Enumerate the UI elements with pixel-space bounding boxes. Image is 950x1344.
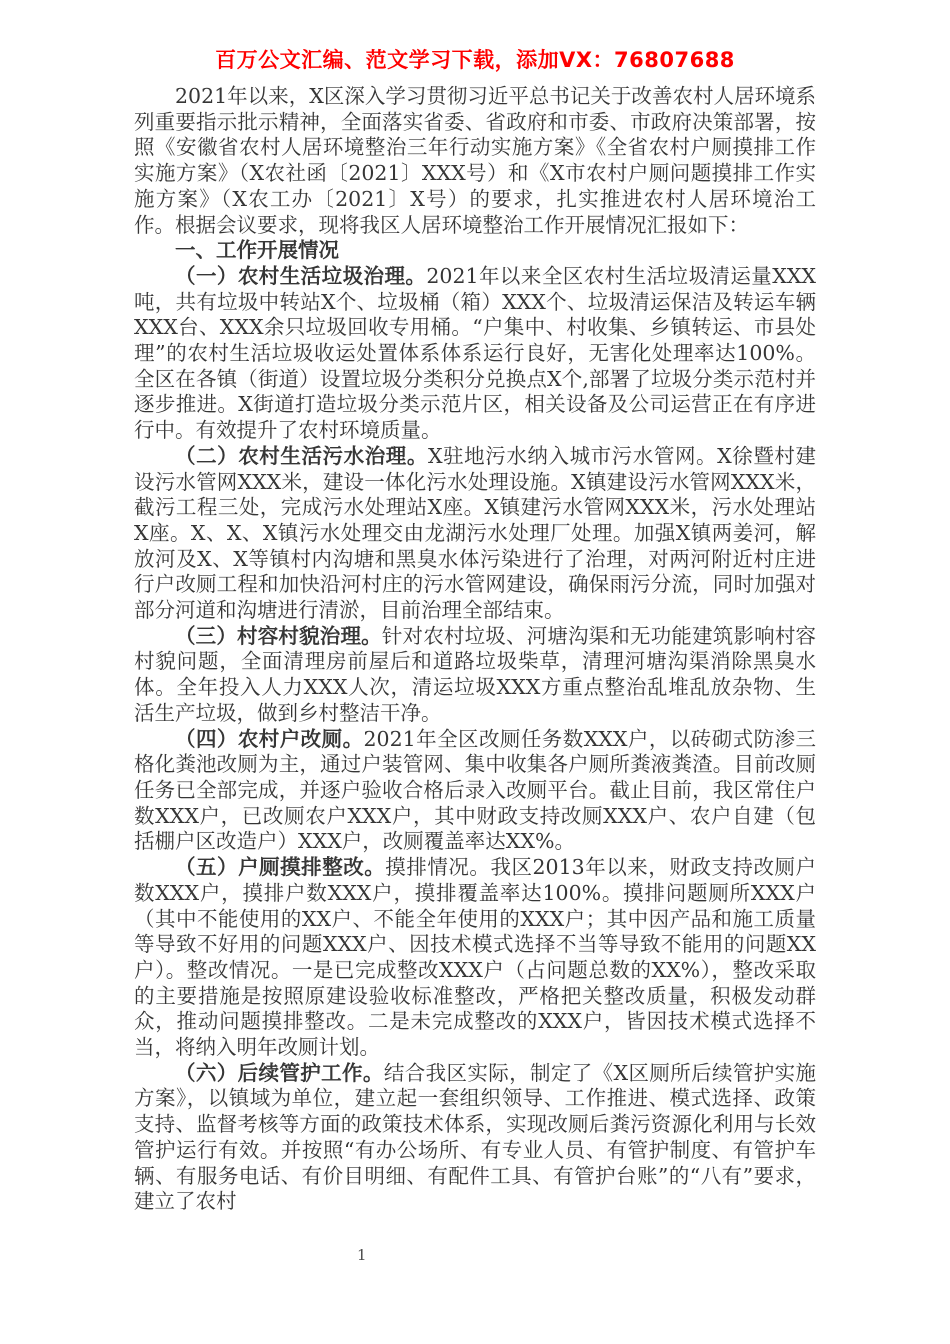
paragraph-item-6: （六）后续管护工作。结合我区实际，制定了《X区厕所后续管护实施方案》，以镇域为单… xyxy=(134,1061,816,1215)
paragraph-item-3: （三）村容村貌治理。针对农村垃圾、河塘沟渠和无功能建筑影响村容村貌问题，全面清理… xyxy=(134,624,816,727)
paragraph-2-text: X驻地污水纳入城市污水管网。X徐暨村建设污水管网XXX米，建设一体化污水处理设施… xyxy=(134,444,816,622)
paragraph-3-lead: （三）村容村貌治理。 xyxy=(175,624,382,648)
document-body: 2021年以来，X区深入学习贯彻习近平总书记关于改善农村人居环境系列重要指示批示… xyxy=(134,84,816,1215)
document-page: 百万公文汇编、范文学习下载，添加VX：76807688 2021年以来，X区深入… xyxy=(0,0,950,1344)
paragraph-item-1: （一）农村生活垃圾治理。2021年以来全区农村生活垃圾清运量XXX吨，共有垃圾中… xyxy=(134,264,816,444)
paragraph-item-2: （二）农村生活污水治理。X驻地污水纳入城市污水管网。X徐暨村建设污水管网XXX米… xyxy=(134,444,816,624)
paragraph-2-lead: （二）农村生活污水治理。 xyxy=(175,444,428,468)
paragraph-5-lead: （五）户厕摸排整改。 xyxy=(175,855,385,879)
section-heading: 一、工作开展情况 xyxy=(134,238,816,264)
paragraph-item-5: （五）户厕摸排整改。摸排情况。我区2013年以来，财政支持改厕户数XXX户，摸排… xyxy=(134,855,816,1061)
paragraph-5-text: 摸排情况。我区2013年以来，财政支持改厕户数XXX户，摸排户数XXX户，摸排覆… xyxy=(134,855,816,1059)
paragraph-4-lead: （四）农村户改厕。 xyxy=(175,727,364,751)
paragraph-1-text: 2021年以来全区农村生活垃圾清运量XXX吨，共有垃圾中转站X个、垃圾桶（箱）X… xyxy=(134,264,816,442)
paragraph-6-lead: （六）后续管护工作。 xyxy=(175,1061,384,1085)
intro-paragraph: 2021年以来，X区深入学习贯彻习近平总书记关于改善农村人居环境系列重要指示批示… xyxy=(134,84,816,238)
paragraph-1-lead: （一）农村生活垃圾治理。 xyxy=(175,264,426,288)
paragraph-item-4: （四）农村户改厕。2021年全区改厕任务数XXX户，以砖砌式防渗三格化粪池改厕为… xyxy=(134,727,816,856)
header-notice: 百万公文汇编、范文学习下载，添加VX：76807688 xyxy=(0,44,950,74)
page-number: 1 xyxy=(357,1246,367,1264)
